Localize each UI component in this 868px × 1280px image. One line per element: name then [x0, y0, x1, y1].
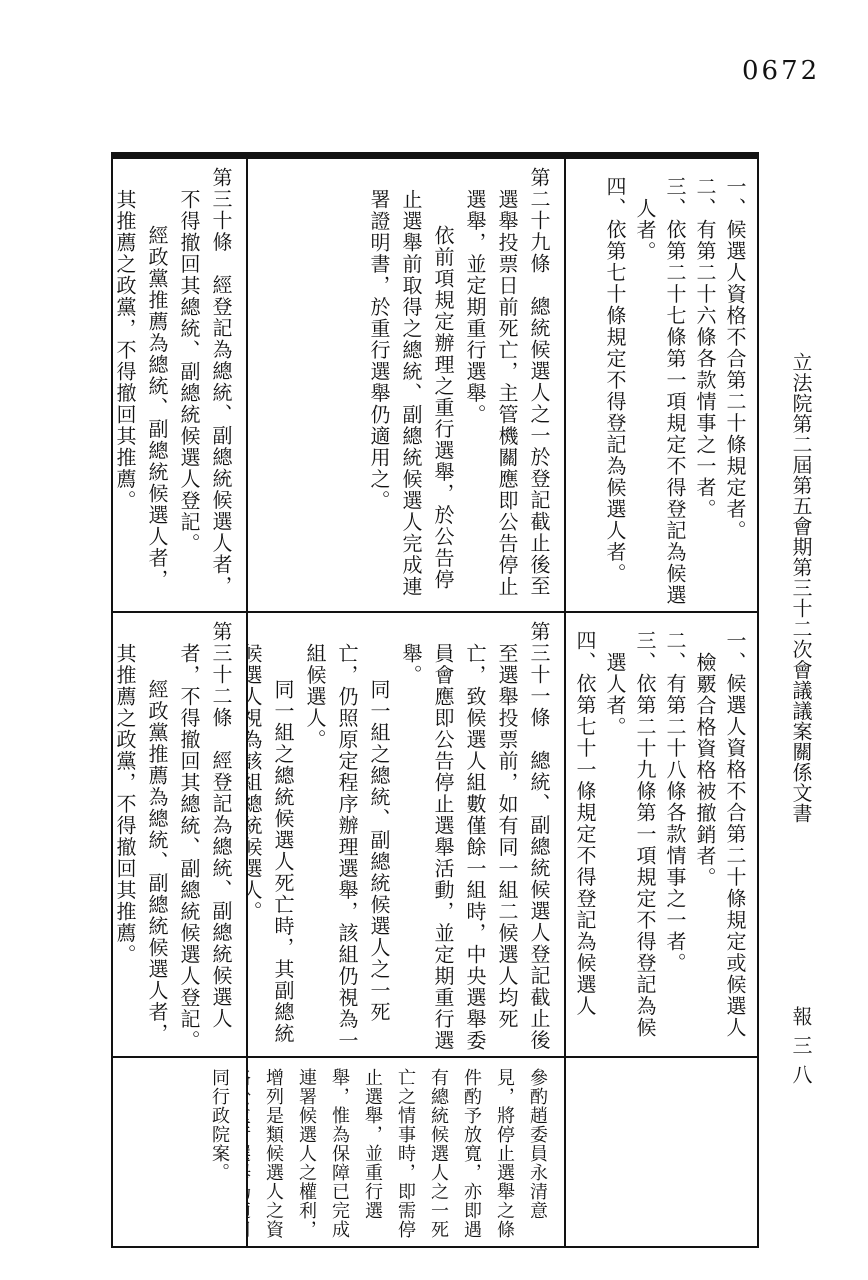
list-item: 三、依第二十九條第一項規定不得登記為候選人者。	[599, 630, 659, 1052]
law-paragraph: 同一組之總統、副總統候選人之一死亡，仍照原定程序辦理選舉，該組仍視為一組候選人。	[298, 621, 394, 1052]
list-item: 一、候選人資格不合第二十條規定者。	[719, 176, 749, 607]
cell-row3-middle-note: 參酌趙委員永清意見，將停止選舉之條件酌予放寬，亦即遇有總統候選人之一死亡之情事時…	[248, 1058, 564, 1246]
cell-row1-left-article-30: 第三十條 經登記為總統、副總統候選人者，不得撤回其總統、副總統候選人登記。 經政…	[113, 159, 246, 611]
cell-row1-middle-article-29: 第二十九條 總統候選人之一於登記截止後至選舉投票日前死亡，主管機關應即公告停止選…	[248, 159, 564, 611]
list-item: 四、依第七十條規定不得登記為候選人者。	[599, 176, 629, 607]
cell-row3-right-empty	[566, 1058, 757, 1246]
list-item: 一、候選人資格不合第二十條規定或候選人檢覈合格資格被撤銷者。	[689, 630, 749, 1052]
cell-row3-left-note: 同行政院案。	[113, 1058, 246, 1246]
note-text: 同行政院案。	[203, 1068, 236, 1242]
list-item: 二、有第二十八條各款情事之一者。	[659, 630, 689, 1052]
margin-footer: 報三八	[785, 1006, 815, 1093]
list-item: 二、有第二十六條各款情事之一者。	[689, 176, 719, 607]
law-paragraph: 同一組之總統候選人死亡時，其副總統候選人視為該組總統候選人。	[248, 621, 298, 1052]
cell-row1-right-items: 一、候選人資格不合第二十條規定者。 二、有第二十六條各款情事之一者。 三、依第二…	[566, 159, 757, 611]
scanned-document-page: 0672 立法院第二屆第五會期第三十二次會議議案關係文書 報三八 第三十條 經登…	[0, 0, 868, 1280]
law-paragraph: 第三十二條 經登記為總統、副總統候選人者，不得撤回其總統、副總統候選人登記。	[172, 621, 236, 1052]
law-paragraph: 第三十條 經登記為總統、副總統候選人者，不得撤回其總統、副總統候選人登記。	[172, 167, 236, 607]
law-paragraph: 第二十九條 總統候選人之一於登記截止後至選舉投票日前死亡，主管機關應即公告停止選…	[458, 167, 554, 607]
cell-row2-left-article-32: 第三十二條 經登記為總統、副總統候選人者，不得撤回其總統、副總統候選人登記。 經…	[113, 613, 246, 1056]
note-text: 參酌趙委員永清意見，將停止選舉之條件酌予放寬，亦即遇有總統候選人之一死亡之情事時…	[248, 1068, 554, 1242]
cell-row2-right-items: 一、候選人資格不合第二十條規定或候選人檢覈合格資格被撤銷者。 二、有第二十八條各…	[566, 613, 757, 1056]
list-item: 四、依第七十一條規定不得登記為候選人者。	[566, 630, 599, 1052]
law-paragraph: 經政黨推薦為總統、副總統候選人者，其推薦之政黨，不得撤回其推薦。	[113, 167, 172, 607]
margin-caption: 立法院第二屆第五會期第三十二次會議議案關係文書	[785, 352, 815, 824]
cell-row2-middle-article-31: 第三十一條 總統、副總統候選人登記截止後至選舉投票前，如有同一組二候選人均死亡，…	[248, 613, 564, 1056]
page-number: 0672	[742, 56, 820, 86]
law-paragraph: 經政黨推薦為總統、副總統候選人者，其推薦之政黨，不得撤回其推薦。	[113, 621, 172, 1052]
law-paragraph: 依前項規定辦理之重行選舉，於公告停止選舉前取得之總統、副總統候選人完成連署證明書…	[362, 167, 458, 607]
comparison-table: 第三十條 經登記為總統、副總統候選人者，不得撤回其總統、副總統候選人登記。 經政…	[111, 152, 759, 1248]
list-item: 三、依第二十七條第一項規定不得登記為候選人者。	[629, 176, 689, 607]
law-paragraph: 第三十一條 總統、副總統候選人登記截止後至選舉投票前，如有同一組二候選人均死亡，…	[394, 621, 554, 1052]
